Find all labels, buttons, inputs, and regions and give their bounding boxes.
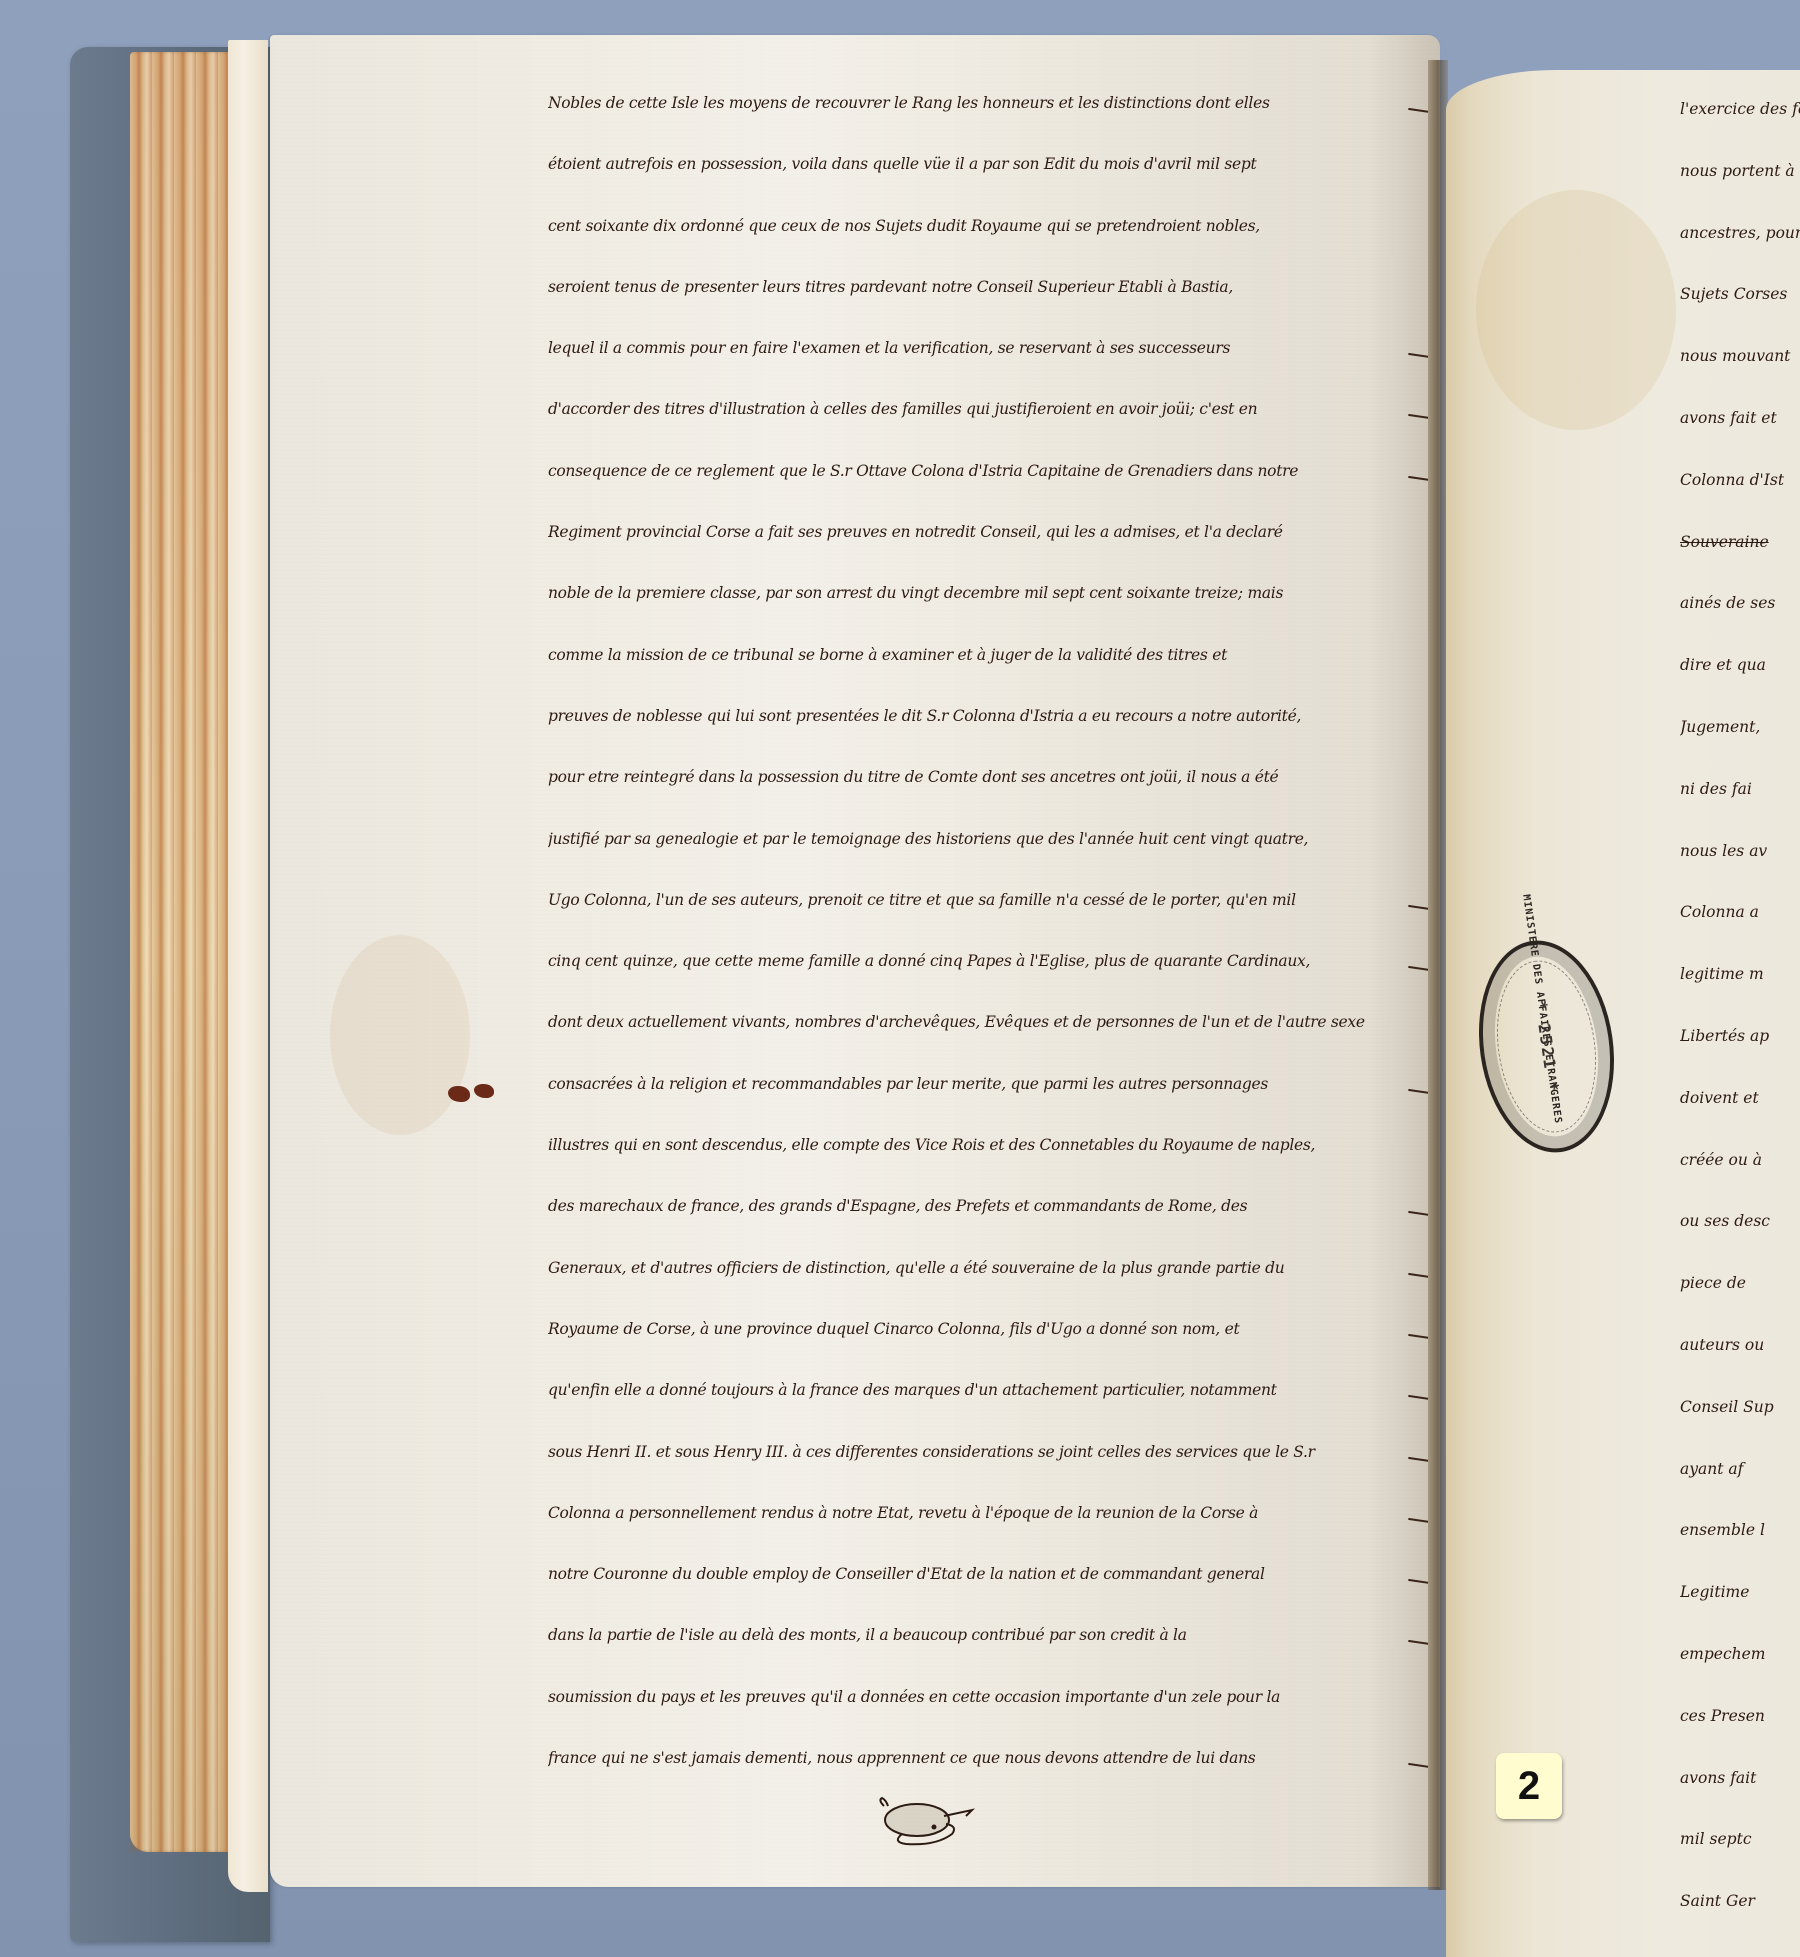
manuscript-line: notre Couronne du double employ de Conse… — [548, 1551, 1428, 1612]
manuscript-line-struck: Souveraine — [1680, 528, 1800, 590]
manuscript-line: étoient autrefois en possession, voila d… — [548, 141, 1428, 202]
manuscript-line: piece de — [1680, 1269, 1800, 1331]
manuscript-line: Conseil Sup — [1680, 1393, 1800, 1455]
manuscript-line: Jugement, — [1680, 713, 1800, 775]
manuscript-line: Generaux, et d'autres officiers de disti… — [548, 1245, 1428, 1306]
manuscript-line: ainés de ses — [1680, 589, 1800, 651]
manuscript-line: consequence de ce reglement que le S.r O… — [548, 448, 1428, 509]
manuscript-line: Colonna a — [1680, 898, 1800, 960]
manuscript-line: ni des fai — [1680, 775, 1800, 837]
paper-stain — [1476, 190, 1676, 430]
manuscript-line: l'exercice des fon — [1680, 95, 1800, 157]
manuscript-line: mil septc — [1680, 1825, 1800, 1887]
manuscript-line: ensemble l — [1680, 1516, 1800, 1578]
manuscript-line: ancestres, pour — [1680, 219, 1800, 281]
manuscript-line: consacrées à la religion et recommandabl… — [548, 1061, 1428, 1122]
manuscript-line: nous mouvant — [1680, 342, 1800, 404]
manuscript-line: Regiment provincial Corse a fait ses pre… — [548, 509, 1428, 570]
manuscript-line: justifié par sa genealogie et par le tem… — [548, 816, 1428, 877]
manuscript-line: preuves de noblesse qui lui sont present… — [548, 693, 1428, 754]
manuscript-line: Colonna a personnellement rendus à notre… — [548, 1490, 1428, 1551]
manuscript-line: dire et qua — [1680, 651, 1800, 713]
manuscript-line: comme la mission de ce tribunal se borne… — [548, 632, 1428, 693]
manuscript-line: Ugo Colonna, l'un de ses auteurs, prenoi… — [548, 877, 1428, 938]
manuscript-line: Colonna d'Ist — [1680, 466, 1800, 528]
manuscript-line: créée ou à — [1680, 1146, 1800, 1208]
paper-stain — [330, 935, 470, 1135]
manuscript-line: des marechaux de france, des grands d'Es… — [548, 1183, 1428, 1244]
manuscript-line: doivent et — [1680, 1084, 1800, 1146]
paraph-signature-icon — [862, 1792, 982, 1852]
manuscript-line: empechem — [1680, 1640, 1800, 1702]
manuscript-line: dans la partie de l'isle au delà des mon… — [548, 1612, 1428, 1673]
manuscript-line: legitime m — [1680, 960, 1800, 1022]
left-page-text: Nobles de cette Isle les moyens de recou… — [548, 80, 1428, 1796]
manuscript-line: nous les av — [1680, 837, 1800, 899]
manuscript-line: seroient tenus de presenter leurs titres… — [548, 264, 1428, 325]
manuscript-line: auteurs ou — [1680, 1331, 1800, 1393]
manuscript-line: pour etre reintegré dans la possession d… — [548, 754, 1428, 815]
right-page-text: l'exercice des fon nous portent à ancest… — [1680, 95, 1800, 1949]
manuscript-line: qu'enfin elle a donné toujours à la fran… — [548, 1367, 1428, 1428]
manuscript-line: noble de la premiere classe, par son arr… — [548, 570, 1428, 631]
manuscript-line: avons fait et — [1680, 404, 1800, 466]
manuscript-line: sous Henri II. et sous Henry III. à ces … — [548, 1429, 1428, 1490]
manuscript-line: soumission du pays et les preuves qu'il … — [548, 1674, 1428, 1735]
manuscript-line: lequel il a commis pour en faire l'exame… — [548, 325, 1428, 386]
manuscript-line: Nobles de cette Isle les moyens de recou… — [548, 80, 1428, 141]
manuscript-line: cent soixante dix ordonné que ceux de no… — [548, 203, 1428, 264]
manuscript-line: ou ses desc — [1680, 1207, 1800, 1269]
manuscript-line: Saint Ger — [1680, 1887, 1800, 1949]
manuscript-line: ayant af — [1680, 1455, 1800, 1517]
manuscript-line: Royaume de Corse, à une province duquel … — [548, 1306, 1428, 1367]
book-gutter — [1428, 60, 1448, 1890]
manuscript-line: ces Presen — [1680, 1702, 1800, 1764]
manuscript-line: avons fait — [1680, 1764, 1800, 1826]
manuscript-line: cinq cent quinze, que cette meme famille… — [548, 938, 1428, 999]
manuscript-line: d'accorder des titres d'illustration à c… — [548, 386, 1428, 447]
manuscript-line: Libertés ap — [1680, 1022, 1800, 1084]
manuscript-line: dont deux actuellement vivants, nombres … — [548, 999, 1428, 1060]
manuscript-line: Legitime — [1680, 1578, 1800, 1640]
manuscript-line: illustres qui en sont descendus, elle co… — [548, 1122, 1428, 1183]
manuscript-line: Sujets Corses — [1680, 280, 1800, 342]
ink-blot — [448, 1082, 503, 1104]
manuscript-line: nous portent à — [1680, 157, 1800, 219]
page-stack-edge — [228, 40, 268, 1892]
page-number-badge: 2 — [1496, 1753, 1562, 1819]
manuscript-line: france qui ne s'est jamais dementi, nous… — [548, 1735, 1428, 1796]
